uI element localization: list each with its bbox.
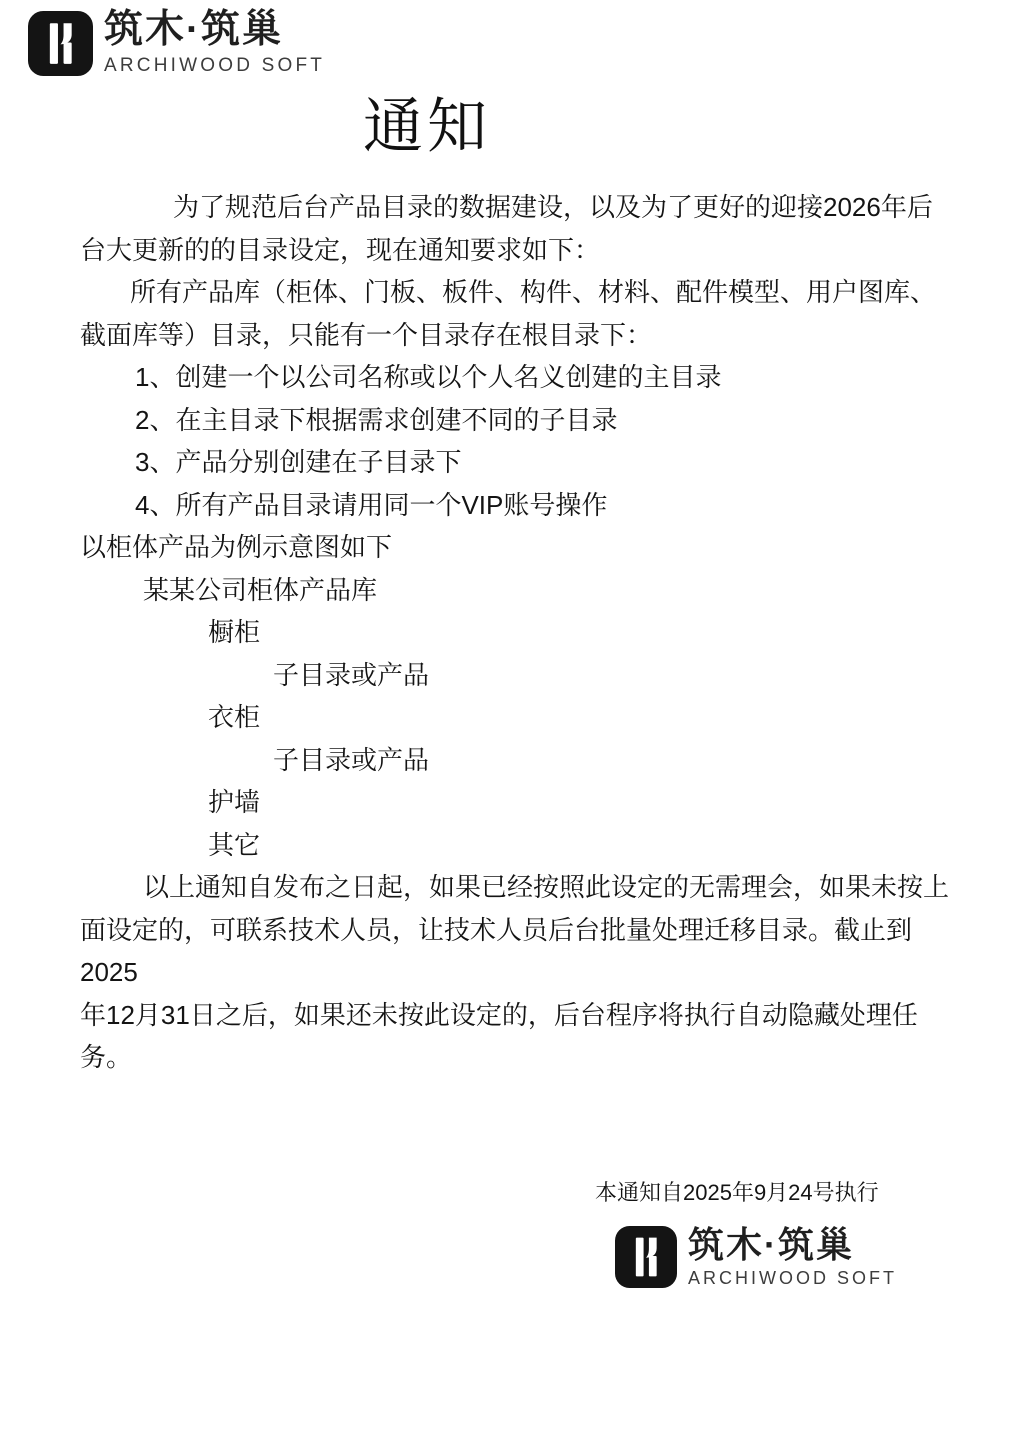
notice-document-page: 筑木·筑巢 ARCHIWOOD SOFT 通知 为了规范后台产品目录的数据建设，… xyxy=(0,0,1024,1440)
header-brand-logo: 筑木·筑巢 ARCHIWOOD SOFT xyxy=(28,10,325,77)
intro-paragraph: 为了规范后台产品目录的数据建设，以及为了更好的迎接2026年后 台大更新的的目录… xyxy=(80,186,964,271)
tree-item-cupboard: 橱柜 xyxy=(80,611,964,654)
tree-item-root: 某某公司柜体产品库 xyxy=(80,569,964,612)
notice-body: 为了规范后台产品目录的数据建设，以及为了更好的迎接2026年后 台大更新的的目录… xyxy=(80,186,964,1079)
tree-item-wall: 护墙 xyxy=(80,781,964,824)
rule-item-1: 1、创建一个以公司名称或以个人名义创建的主目录 xyxy=(80,356,964,399)
archiwood-logo-icon xyxy=(28,11,93,76)
rule-item-2: 2、在主目录下根据需求创建不同的子目录 xyxy=(80,399,964,442)
tree-item-subdir-1: 子目录或产品 xyxy=(80,654,964,697)
brand-name-en: ARCHIWOOD SOFT xyxy=(104,55,325,77)
brand-name-en: ARCHIWOOD SOFT xyxy=(688,1268,897,1289)
scope-paragraph: 所有产品库（柜体、门板、板件、构件、材料、配件模型、用户图库、 截面库等）目录，… xyxy=(80,271,964,356)
rule-item-3: 3、产品分别创建在子目录下 xyxy=(80,441,964,484)
archiwood-logo-icon xyxy=(615,1226,677,1288)
header-brand-text: 筑木·筑巢 ARCHIWOOD SOFT xyxy=(104,10,325,77)
effective-date-note: 本通知自2025年9月24号执行 xyxy=(595,1176,879,1207)
footer-brand-logo: 筑木·筑巢 ARCHIWOOD SOFT xyxy=(615,1226,897,1289)
tree-item-other: 其它 xyxy=(80,824,964,867)
rule-item-4: 4、所有产品目录请用同一个VIP账号操作 xyxy=(80,484,964,527)
brand-name-cn: 筑木·筑巢 xyxy=(688,1226,897,1264)
example-intro: 以柜体产品为例示意图如下 xyxy=(80,526,964,569)
footer-brand-text: 筑木·筑巢 ARCHIWOOD SOFT xyxy=(688,1226,897,1289)
page-title: 通知 xyxy=(0,94,854,160)
closing-paragraph: 以上通知自发布之日起，如果已经按照此设定的无需理会，如果未按上 面设定的，可联系… xyxy=(80,866,964,1079)
tree-item-wardrobe: 衣柜 xyxy=(80,696,964,739)
brand-name-cn: 筑木·筑巢 xyxy=(104,10,325,51)
tree-item-subdir-2: 子目录或产品 xyxy=(80,739,964,782)
